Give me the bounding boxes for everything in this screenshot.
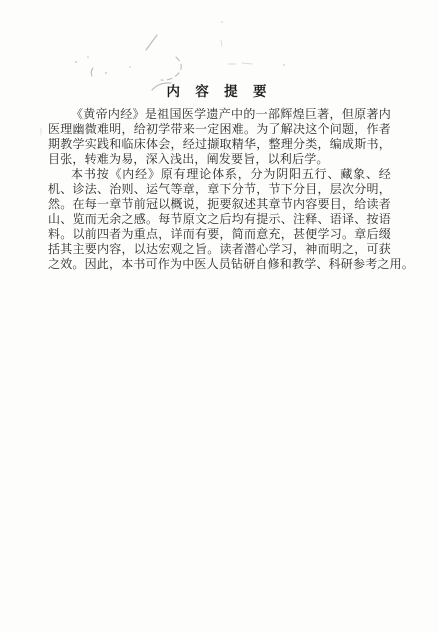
text-line: 《黄帝内经》是祖国医学遗产中的一部辉煌巨著，但原著内容庞杂， (48, 107, 391, 122)
text-line: 料。以前四者为重点，详而有要，简而意充，甚便学习。章后缀以结语，概 (48, 227, 391, 242)
text-line: 山、览而无余之感。每节原文之后均有提示、注释、语译、按语及参考资 (48, 212, 391, 227)
text-line: 医理幽微难明，给初学带来一定困难。为了解决这个问题，作者乃根据长 (48, 122, 391, 137)
text-line: 机、诊法、治则、运气等章，章下分节，节下分目，层次分明，系统井 (48, 182, 391, 197)
page-title: 内 容 提 要 (48, 84, 391, 99)
scanned-page: 内 容 提 要 《黄帝内经》是祖国医学遗产中的一部辉煌巨著，但原著内容庞杂， 医… (0, 0, 438, 632)
text-line: 期教学实践和临床体会，经过撷取精华，整理分类，编成斯书，以俾纲举 (48, 137, 391, 152)
text-line: 目张，转难为易，深入浅出，阐发要旨，以利后学。 (48, 152, 391, 167)
text-line: 然。在每一章节前冠以概说，扼要叙述其章节内容要目，给读者以开门见 (48, 197, 391, 212)
abstract-body: 《黄帝内经》是祖国医学遗产中的一部辉煌巨著，但原著内容庞杂， 医理幽微难明，给初… (48, 107, 391, 272)
text-line: 括其主要内容，以达宏观之旨。读者潜心学习，神而明之，可获无师自通 (48, 242, 391, 257)
text-line: 之效。因此，本书可作为中医人员钻研自修和教学、科研参考之用。 (48, 257, 391, 272)
text-line: 本书按《内经》原有理论体系，分为阴阳五行、藏象、经络、病因病 (48, 167, 391, 182)
